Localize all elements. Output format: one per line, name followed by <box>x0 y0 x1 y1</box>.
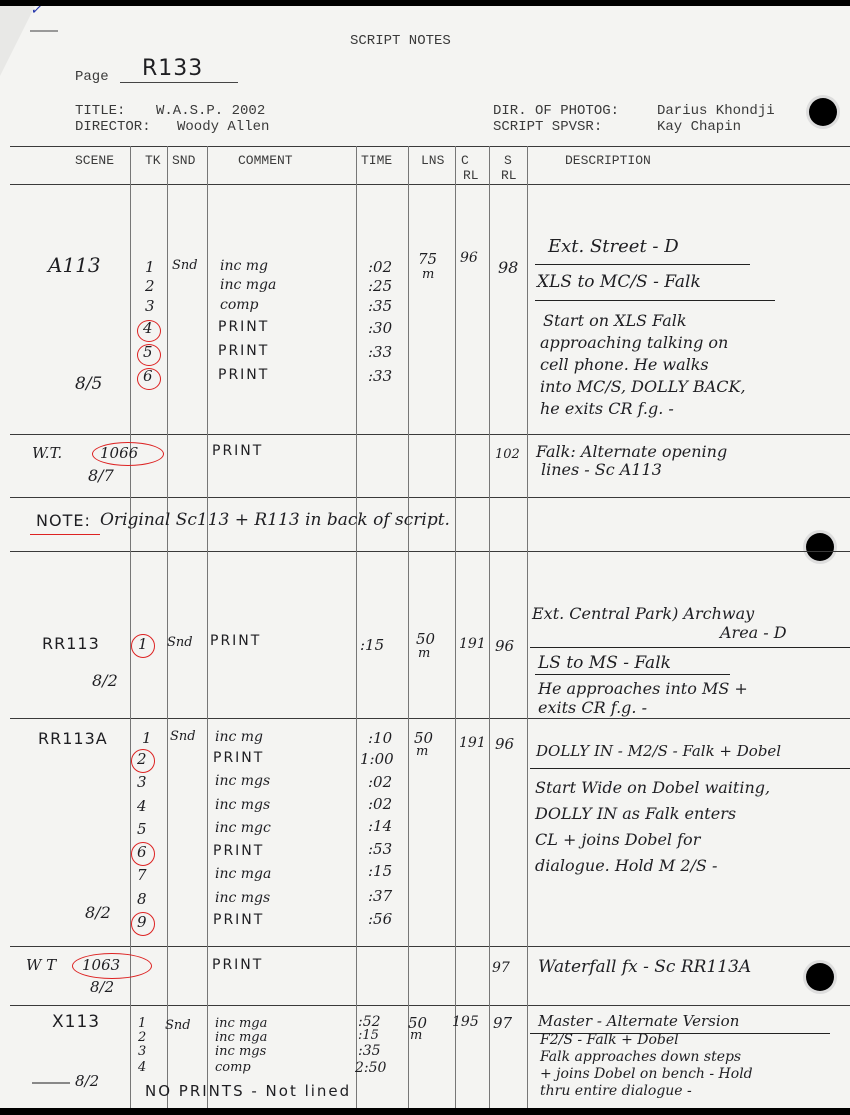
col-header-time: TIME <box>361 153 392 168</box>
take-time: :15 <box>368 862 392 880</box>
desc-line: he exits CR f.g. - <box>540 399 674 418</box>
take-comment: PRINT <box>213 750 264 766</box>
scene-number: W.T. <box>32 444 62 462</box>
note-label: NOTE: <box>36 511 91 530</box>
scene-number: RR113A <box>38 729 108 748</box>
col-header-lns: LNS <box>421 153 444 168</box>
shoot-date: 8/7 <box>88 466 114 485</box>
col-header-snd: SND <box>172 153 195 168</box>
col-header-description: DESCRIPTION <box>565 153 651 168</box>
supervisor-label: SCRIPT SPVSR: <box>493 119 602 135</box>
shoot-date: 8/2 <box>92 671 118 690</box>
take-time: :33 <box>368 343 392 361</box>
col-header-s: S <box>504 153 512 168</box>
take-comment: inc mga <box>215 866 271 882</box>
lens-unit: m <box>422 267 434 282</box>
take-comment: inc mg <box>215 729 263 745</box>
take-comment: inc mga <box>220 277 276 293</box>
table-top-rule <box>10 146 850 147</box>
lens: 75 <box>418 250 437 268</box>
note-text: Original Sc113 + R113 in back of script. <box>100 510 450 530</box>
shoot-date: 8/2 <box>90 978 114 996</box>
col-divider <box>207 146 208 1108</box>
col-divider <box>489 146 490 1108</box>
take-comment: PRINT <box>218 319 269 335</box>
page-number: R133 <box>142 56 203 81</box>
take-number: 2 <box>138 1030 146 1045</box>
take-number: 3 <box>138 1044 146 1059</box>
desc-underline <box>535 264 750 265</box>
sound-roll: 96 <box>495 735 514 753</box>
take-time: :35 <box>358 1043 381 1059</box>
take-time: :30 <box>368 319 392 337</box>
desc-line: Start Wide on Dobel waiting, <box>535 778 770 797</box>
camera-roll: 191 <box>459 735 486 751</box>
camera-roll: 96 <box>460 250 478 266</box>
take-time: :53 <box>368 840 392 858</box>
dop-value: Darius Khondji <box>657 103 775 119</box>
binder-hole-middle <box>806 533 834 561</box>
col-divider <box>455 146 456 1108</box>
sound-roll: 96 <box>495 637 514 655</box>
scene-number: RR113 <box>42 634 100 653</box>
take-number: 1 <box>138 1016 146 1031</box>
take-number: 3 <box>137 773 147 791</box>
take-number: 4 <box>137 797 147 815</box>
take-time: :33 <box>368 367 392 385</box>
desc-line: lines - Sc A113 <box>541 460 662 479</box>
take-number: 7 <box>137 866 147 884</box>
binder-hole-bottom <box>806 963 834 991</box>
take-comment: inc mgs <box>215 773 270 789</box>
desc-line: Start on XLS Falk <box>543 311 687 330</box>
take-number: 4 <box>143 319 153 337</box>
desc-line: cell phone. He walks <box>540 355 709 374</box>
col-header-scene: SCENE <box>75 153 114 168</box>
sound-roll: 97 <box>492 960 510 976</box>
col-divider <box>408 146 409 1108</box>
page-underline <box>120 82 238 83</box>
shoot-date: 8/5 <box>75 374 102 394</box>
take-comment: PRINT <box>210 633 261 649</box>
no-prints-footnote: NO PRINTS - Not lined <box>145 1082 351 1100</box>
take-time: :10 <box>368 729 392 747</box>
take-comment: comp <box>215 1060 251 1075</box>
shoot-date: 8/2 <box>85 903 111 922</box>
desc-line: into MC/S, DOLLY BACK, <box>540 377 746 396</box>
take-time: :15 <box>358 1028 379 1043</box>
sound-roll: 98 <box>498 258 518 277</box>
col-header-tk: TK <box>145 153 161 168</box>
col-divider <box>356 146 357 1108</box>
desc-line: approaching talking on <box>540 333 728 352</box>
desc-underline <box>530 647 850 648</box>
take-number: 9 <box>137 913 147 931</box>
desc-underline <box>535 674 730 675</box>
take-time: :35 <box>368 297 392 315</box>
desc-heading: Ext. Central Park) Archway <box>532 604 754 623</box>
title-label: TITLE: <box>75 103 125 119</box>
desc-line: Waterfall fx - Sc RR113A <box>538 957 751 977</box>
desc-underline <box>530 768 850 769</box>
sound-mark: Snd <box>172 258 198 273</box>
take-number: 2 <box>145 277 155 295</box>
take-number: 6 <box>137 843 147 861</box>
lens-unit: m <box>418 646 430 661</box>
header-bottom-rule <box>10 184 850 185</box>
scene-number: X113 <box>52 1012 100 1032</box>
form-title: SCRIPT NOTES <box>350 33 451 49</box>
take-comment: inc mgs <box>215 890 270 906</box>
title-value: W.A.S.P. 2002 <box>156 103 265 119</box>
desc-line: thru entire dialogue - <box>540 1083 692 1099</box>
col-header-comment: COMMENT <box>238 153 293 168</box>
row-rule <box>10 551 850 552</box>
take-time: :02 <box>368 258 392 276</box>
desc-shot: DOLLY IN - M2/S - Falk + Dobel <box>536 742 781 760</box>
take-time: :56 <box>368 910 392 928</box>
desc-shot: Master - Alternate Version <box>538 1012 739 1030</box>
take-comment: inc mgc <box>215 820 271 836</box>
take-comment: PRINT <box>213 912 264 928</box>
take-number: 1 <box>145 258 155 276</box>
take-number: 5 <box>137 820 147 838</box>
take-time: :02 <box>368 795 392 813</box>
lens-unit: m <box>410 1028 422 1043</box>
sound-roll: 102 <box>495 447 520 462</box>
supervisor-value: Kay Chapin <box>657 119 741 135</box>
staple <box>30 30 58 32</box>
row-rule <box>10 718 850 719</box>
desc-line: CL + joins Dobel for <box>535 830 700 849</box>
desc-shot: LS to MS - Falk <box>538 653 671 673</box>
take-time: :25 <box>368 277 392 295</box>
take-time: 2:50 <box>355 1060 386 1076</box>
desc-line: dialogue. Hold M 2/S - <box>535 856 717 875</box>
desc-line: Falk: Alternate opening <box>536 442 727 461</box>
note-red-underline <box>30 534 100 535</box>
desc-line: DOLLY IN as Falk enters <box>535 804 736 823</box>
row-rule <box>10 1005 850 1006</box>
take-comment: inc mg <box>220 258 268 274</box>
sound-mark: Snd <box>167 635 193 650</box>
take-number: 1 <box>138 635 148 653</box>
take-number: 6 <box>143 367 153 385</box>
col-divider <box>167 146 168 1108</box>
desc-heading-cont: Area - D <box>720 623 787 642</box>
row-rule <box>10 434 850 435</box>
take-comment: PRINT <box>212 957 263 973</box>
take-time: :15 <box>360 636 384 654</box>
col-header-c: C <box>461 153 469 168</box>
row-rule <box>10 946 850 947</box>
take-time: :02 <box>368 773 392 791</box>
scene-number: A113 <box>48 253 101 277</box>
dop-label: DIR. OF PHOTOG: <box>493 103 619 119</box>
desc-shot: XLS to MC/S - Falk <box>537 272 701 292</box>
margin-dash <box>32 1082 70 1084</box>
sound-mark: Snd <box>165 1018 191 1033</box>
shoot-date: 8/2 <box>75 1072 99 1090</box>
desc-underline <box>535 300 775 301</box>
desc-line: He approaches into MS + <box>538 679 748 698</box>
take-number: 8 <box>137 890 147 908</box>
wild-track-number: 1066 <box>100 444 138 462</box>
scene-number: W T <box>26 956 56 974</box>
sound-mark: Snd <box>170 729 196 744</box>
row-rule <box>10 497 850 498</box>
script-notes-sheet: ✓ SCRIPT NOTES Page R133 TITLE: W.A.S.P.… <box>0 6 850 1108</box>
lens-unit: m <box>416 744 428 759</box>
col-header-c-rl: RL <box>463 168 479 183</box>
take-comment: comp <box>220 297 259 313</box>
desc-heading: Ext. Street - D <box>548 236 679 257</box>
take-time: :37 <box>368 887 392 905</box>
page-label: Page <box>75 69 109 85</box>
take-comment: inc mgs <box>215 1044 266 1059</box>
take-comment: PRINT <box>212 443 263 459</box>
take-time: 1:00 <box>360 750 394 768</box>
take-comment: PRINT <box>218 343 269 359</box>
camera-roll: 191 <box>459 636 486 652</box>
desc-line: exits CR f.g. - <box>538 698 647 717</box>
take-number: 1 <box>142 729 152 747</box>
take-time: :14 <box>368 817 392 835</box>
take-number: 5 <box>143 343 153 361</box>
desc-line: Falk approaches down steps <box>540 1049 741 1065</box>
director-value: Woody Allen <box>177 119 269 135</box>
take-comment: inc mgs <box>215 797 270 813</box>
col-divider <box>527 146 528 1108</box>
wild-track-number: 1063 <box>82 956 120 974</box>
director-label: DIRECTOR: <box>75 119 151 135</box>
col-header-s-rl: RL <box>501 168 517 183</box>
take-number: 3 <box>145 297 155 315</box>
binder-hole-top <box>809 98 837 126</box>
desc-line: F2/S - Falk + Dobel <box>540 1032 679 1048</box>
take-number: 4 <box>138 1060 146 1075</box>
sound-roll: 97 <box>493 1014 512 1032</box>
desc-line: + joins Dobel on bench - Hold <box>540 1066 753 1082</box>
take-number: 2 <box>137 750 147 768</box>
camera-roll: 195 <box>452 1014 479 1030</box>
take-comment: inc mga <box>215 1016 267 1031</box>
take-comment: PRINT <box>218 367 269 383</box>
take-comment: inc mga <box>215 1030 267 1045</box>
take-comment: PRINT <box>213 843 264 859</box>
check-mark: ✓ <box>30 6 42 18</box>
